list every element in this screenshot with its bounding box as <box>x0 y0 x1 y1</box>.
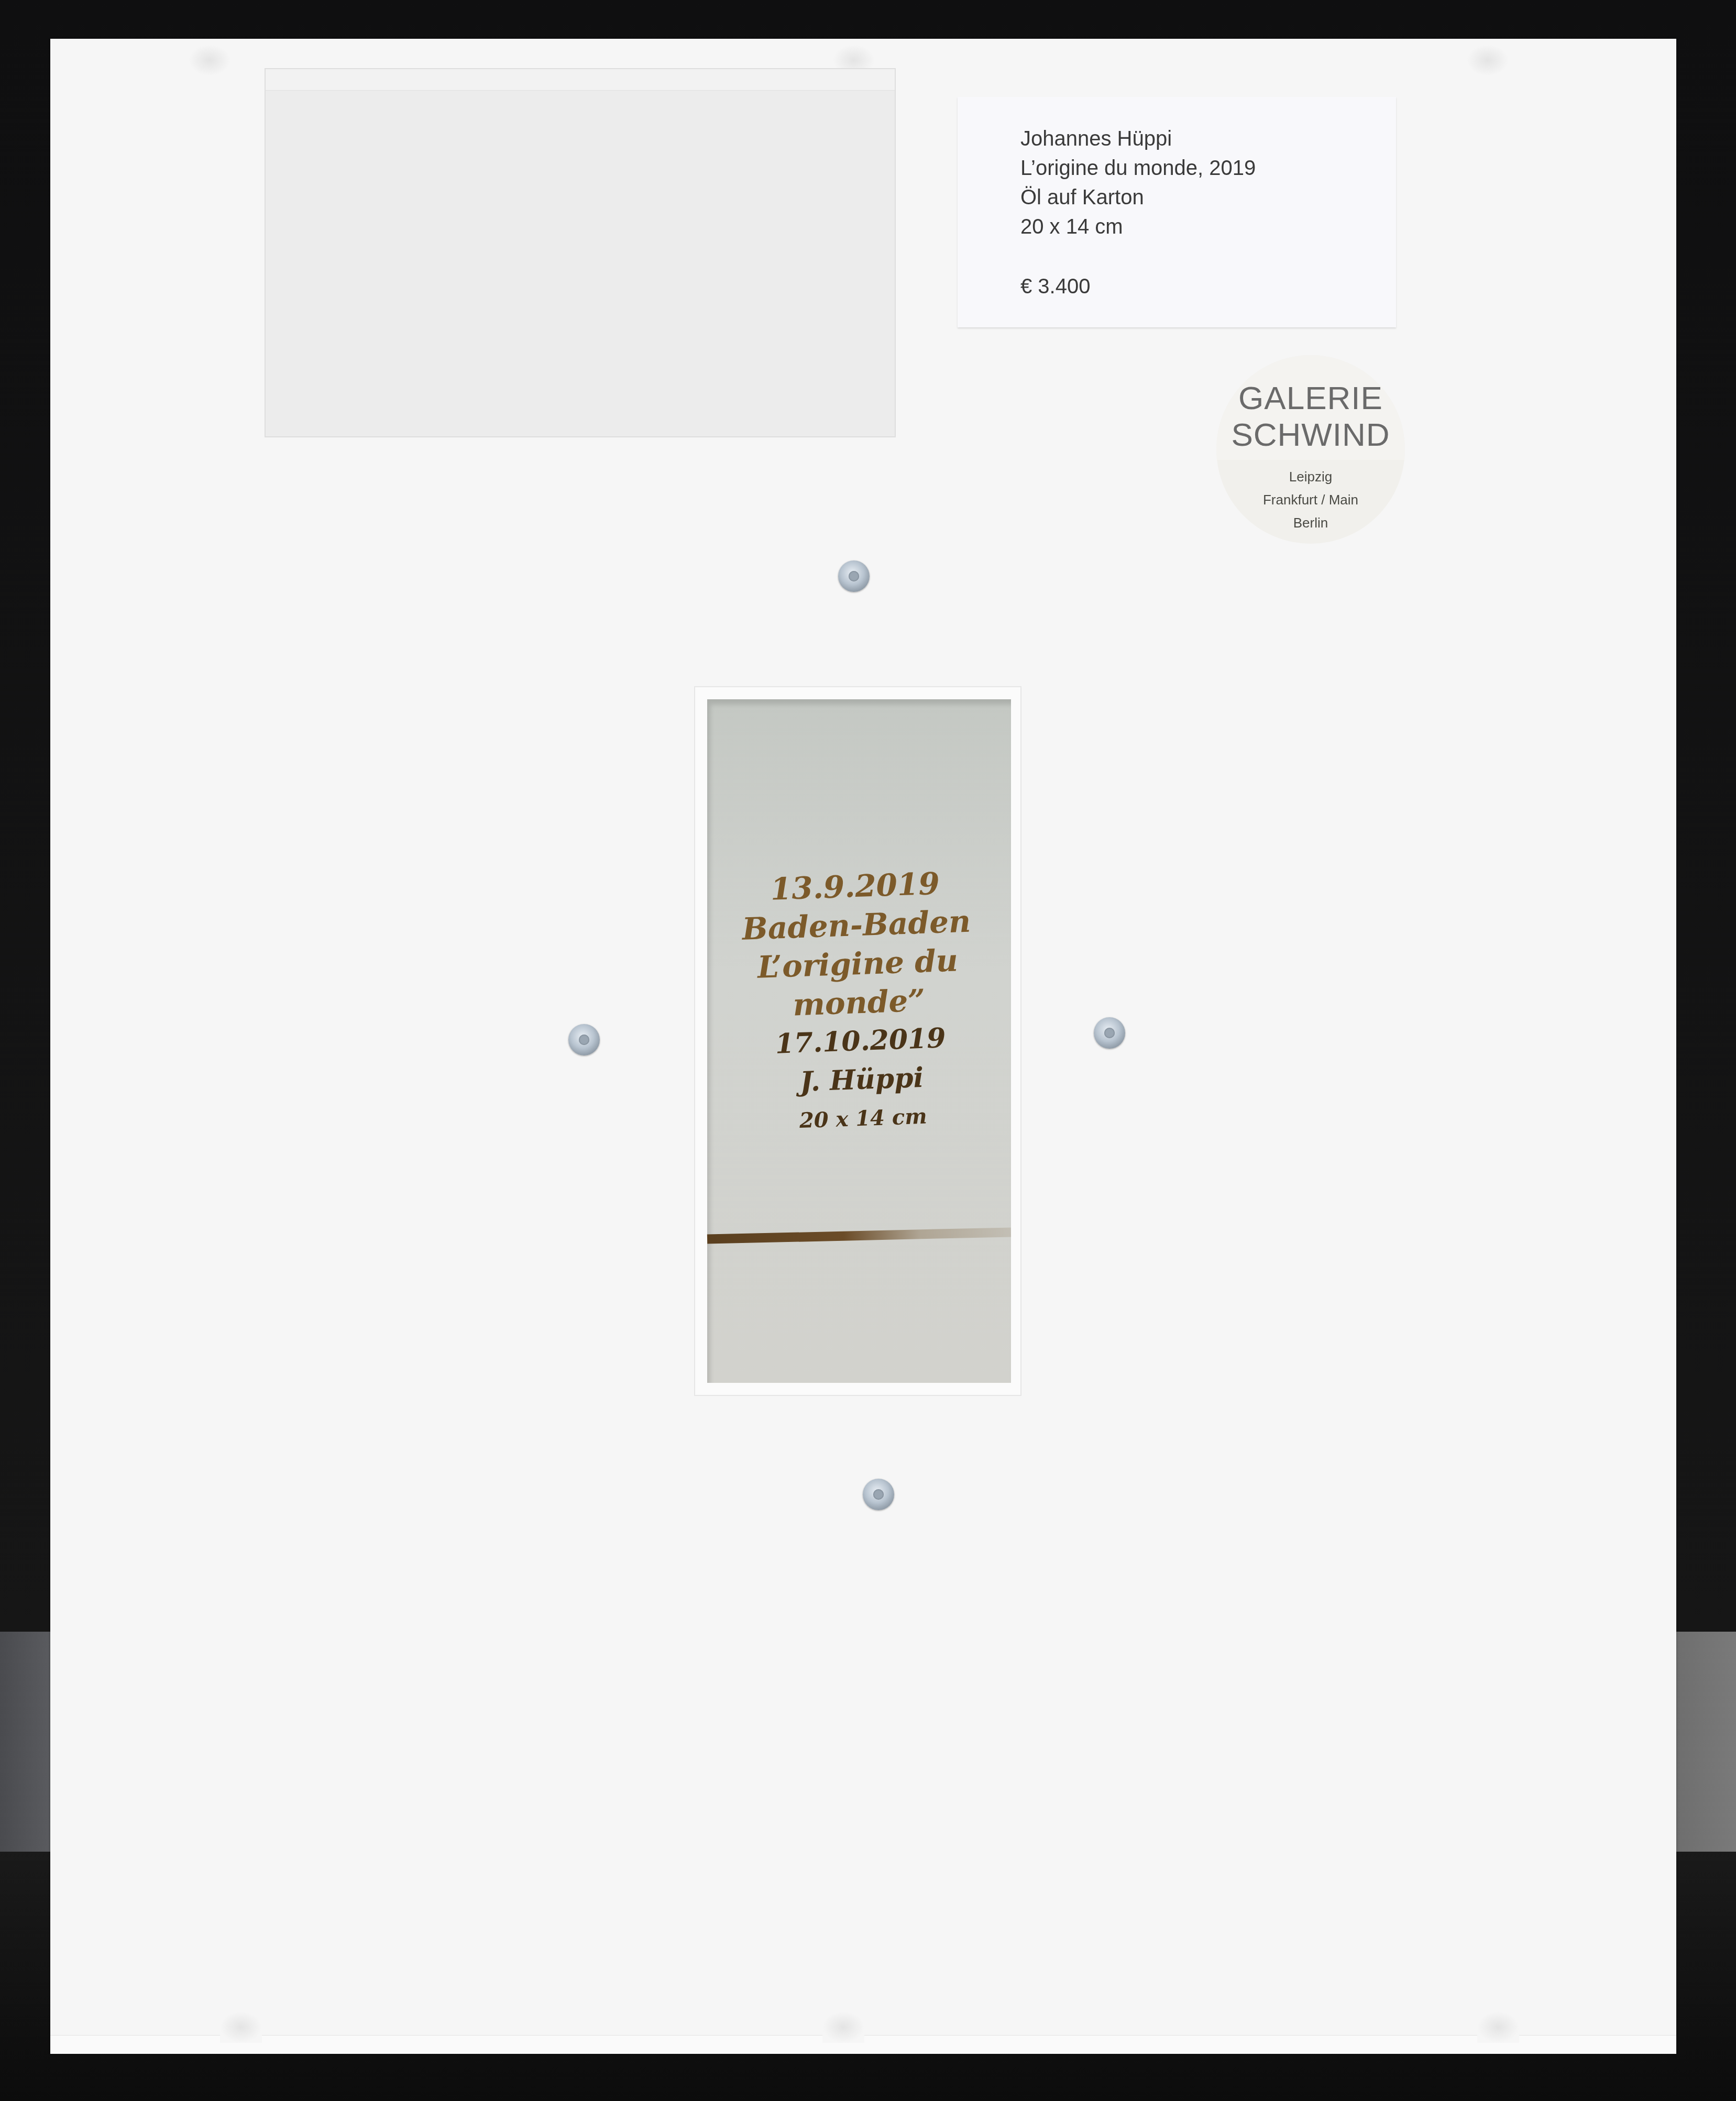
frame-tab <box>189 45 230 76</box>
artwork-verso: 13.9.2019 Baden-Baden L’origine du monde… <box>707 699 1011 1383</box>
screw-icon <box>568 1024 600 1055</box>
gallery-name-line2: SCHWIND <box>1216 417 1405 454</box>
label-dimensions: 20 x 14 cm <box>1020 212 1396 241</box>
label-medium: Öl auf Karton <box>1020 183 1396 212</box>
inscription-window-mat: 13.9.2019 Baden-Baden L’origine du monde… <box>694 686 1021 1396</box>
brush-stroke <box>707 1227 1011 1244</box>
background-gray-right <box>1676 1632 1736 1852</box>
frame-tab <box>1467 45 1509 76</box>
city-leipzig: Leipzig <box>1216 465 1405 488</box>
screw-icon <box>838 560 870 592</box>
background-gray-left <box>0 1632 50 1852</box>
label-title-year: L’origine du monde, 2019 <box>1020 153 1396 183</box>
gallery-sticker: GALERIE SCHWIND Leipzig Frankfurt / Main… <box>1216 355 1405 544</box>
sleeve-flap <box>266 69 895 91</box>
plastic-sleeve <box>265 68 896 437</box>
frame-tab <box>1477 2011 1519 2043</box>
artwork-label: Johannes Hüppi L’origine du monde, 2019 … <box>958 97 1396 327</box>
city-berlin: Berlin <box>1216 511 1405 534</box>
frame-tab <box>822 2011 864 2043</box>
city-frankfurt: Frankfurt / Main <box>1216 488 1405 511</box>
gallery-name-line1: GALERIE <box>1216 380 1405 417</box>
gallery-name: GALERIE SCHWIND <box>1216 380 1405 454</box>
screw-icon <box>863 1479 894 1510</box>
frame-tab <box>220 2011 262 2043</box>
label-spacer <box>1020 241 1396 272</box>
label-artist: Johannes Hüppi <box>1020 124 1396 153</box>
handwritten-inscription: 13.9.2019 Baden-Baden L’origine du monde… <box>702 862 1016 1143</box>
screw-icon <box>1094 1017 1125 1049</box>
label-price: € 3.400 <box>1020 272 1396 301</box>
gallery-cities: Leipzig Frankfurt / Main Berlin <box>1216 465 1405 534</box>
